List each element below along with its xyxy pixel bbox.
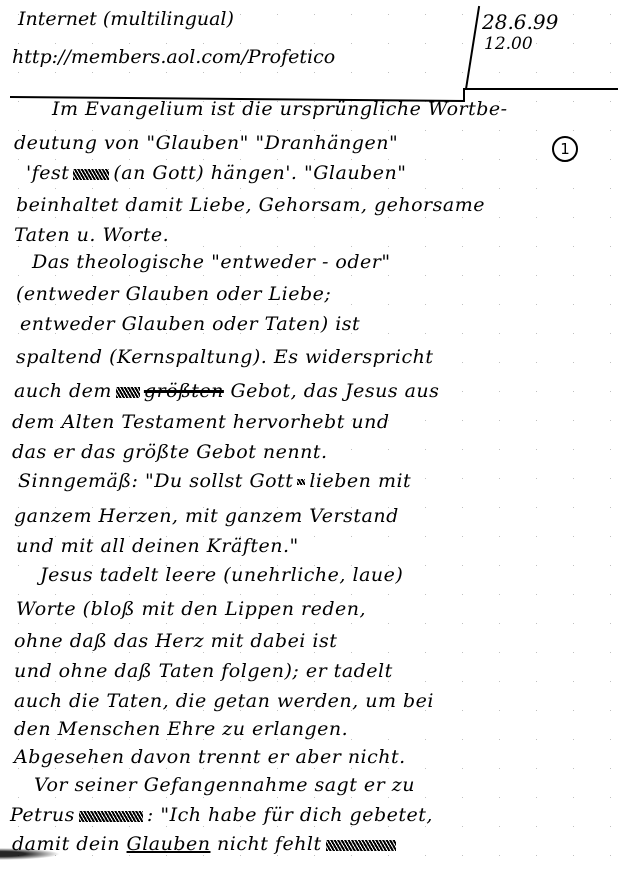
text-line-18: ohne daß das Herz mit dabei ist <box>14 632 337 651</box>
text-line-4: beinhaltet damit Liebe, Gehorsam, gehors… <box>16 196 485 215</box>
text-line-22: Abgesehen davon trennt er aber nicht. <box>14 748 406 767</box>
text-segment: Petrus <box>10 804 75 826</box>
text-line-20: auch die Taten, die getan werden, um bei <box>14 692 434 711</box>
text-segment: Sinngemäß: "Du sollst Gott <box>18 470 293 492</box>
text-line-7: (entweder Glauben oder Liebe; <box>16 285 331 304</box>
text-line-11: dem Alten Testament hervorhebt und <box>12 413 390 432</box>
strikeout-scribble <box>79 811 143 822</box>
text-line-10: auch demgrößten Gebot, das Jesus aus <box>14 382 439 401</box>
text-line-12: das er das größte Gebot nennt. <box>12 443 328 462</box>
underlined-word: Glauben <box>127 833 211 855</box>
header-date: 28.6.99 <box>482 10 558 34</box>
text-line-14: ganzem Herzen, mit ganzem Verstand <box>14 507 399 526</box>
text-line-8: entweder Glauben oder Taten) ist <box>20 315 360 334</box>
strikeout-scribble <box>116 387 140 398</box>
header-title: Internet (multilingual) <box>18 8 234 30</box>
text-segment: : "Ich habe für dich gebetet, <box>147 804 433 826</box>
text-segment: nicht fehlt <box>217 833 322 855</box>
text-line-19: und ohne daß Taten folgen); er tadelt <box>14 662 393 681</box>
page-number-marker: 1 <box>552 136 578 162</box>
text-segment: (an Gott) hängen'. "Glauben" <box>113 162 406 184</box>
strikeout-scribble <box>326 840 396 851</box>
text-line-6: Das theologische "entweder - oder" <box>32 253 391 272</box>
strikeout-scribble <box>73 169 109 180</box>
text-segment: lieben mit <box>309 470 411 492</box>
text-segment: 'fest <box>26 162 69 184</box>
text-line-17: Worte (bloß mit den Lippen reden, <box>16 600 366 619</box>
text-line-16: Jesus tadelt leere (unehrliche, laue) <box>40 566 403 585</box>
text-line-23: Vor seiner Gefangennahme sagt er zu <box>34 776 415 795</box>
handwritten-page: Internet (multilingual) http://members.a… <box>0 0 638 877</box>
text-line-15: und mit all deinen Kräften." <box>16 537 299 556</box>
text-line-3: 'fest(an Gott) hängen'. "Glauben" <box>26 164 406 183</box>
text-line-21: den Menschen Ehre zu erlangen. <box>14 720 348 739</box>
scan-smear <box>0 848 60 860</box>
text-line-13: Sinngemäß: "Du sollst Gottlieben mit <box>18 472 411 491</box>
header-time: 12.00 <box>484 34 533 54</box>
text-line-25: damit dein Glauben nicht fehlt <box>12 835 400 854</box>
header-url: http://members.aol.com/Profetico <box>12 46 335 68</box>
text-line-2: deutung von "Glauben" "Dranhängen" <box>14 134 398 153</box>
text-segment: auch dem <box>14 380 112 402</box>
text-line-5: Taten u. Worte. <box>14 226 169 245</box>
text-line-9: spaltend (Kernspaltung). Es widerspricht <box>16 348 433 367</box>
date-box-underline <box>463 88 618 90</box>
text-line-1: Im Evangelium ist die ursprüngliche Wort… <box>52 100 508 119</box>
struck-word: größten <box>144 380 224 402</box>
text-segment: Gebot, das Jesus aus <box>230 380 439 402</box>
date-box-divider <box>465 6 480 89</box>
text-line-24: Petrus: "Ich habe für dich gebetet, <box>10 806 433 825</box>
strikeout-scribble <box>297 479 305 485</box>
